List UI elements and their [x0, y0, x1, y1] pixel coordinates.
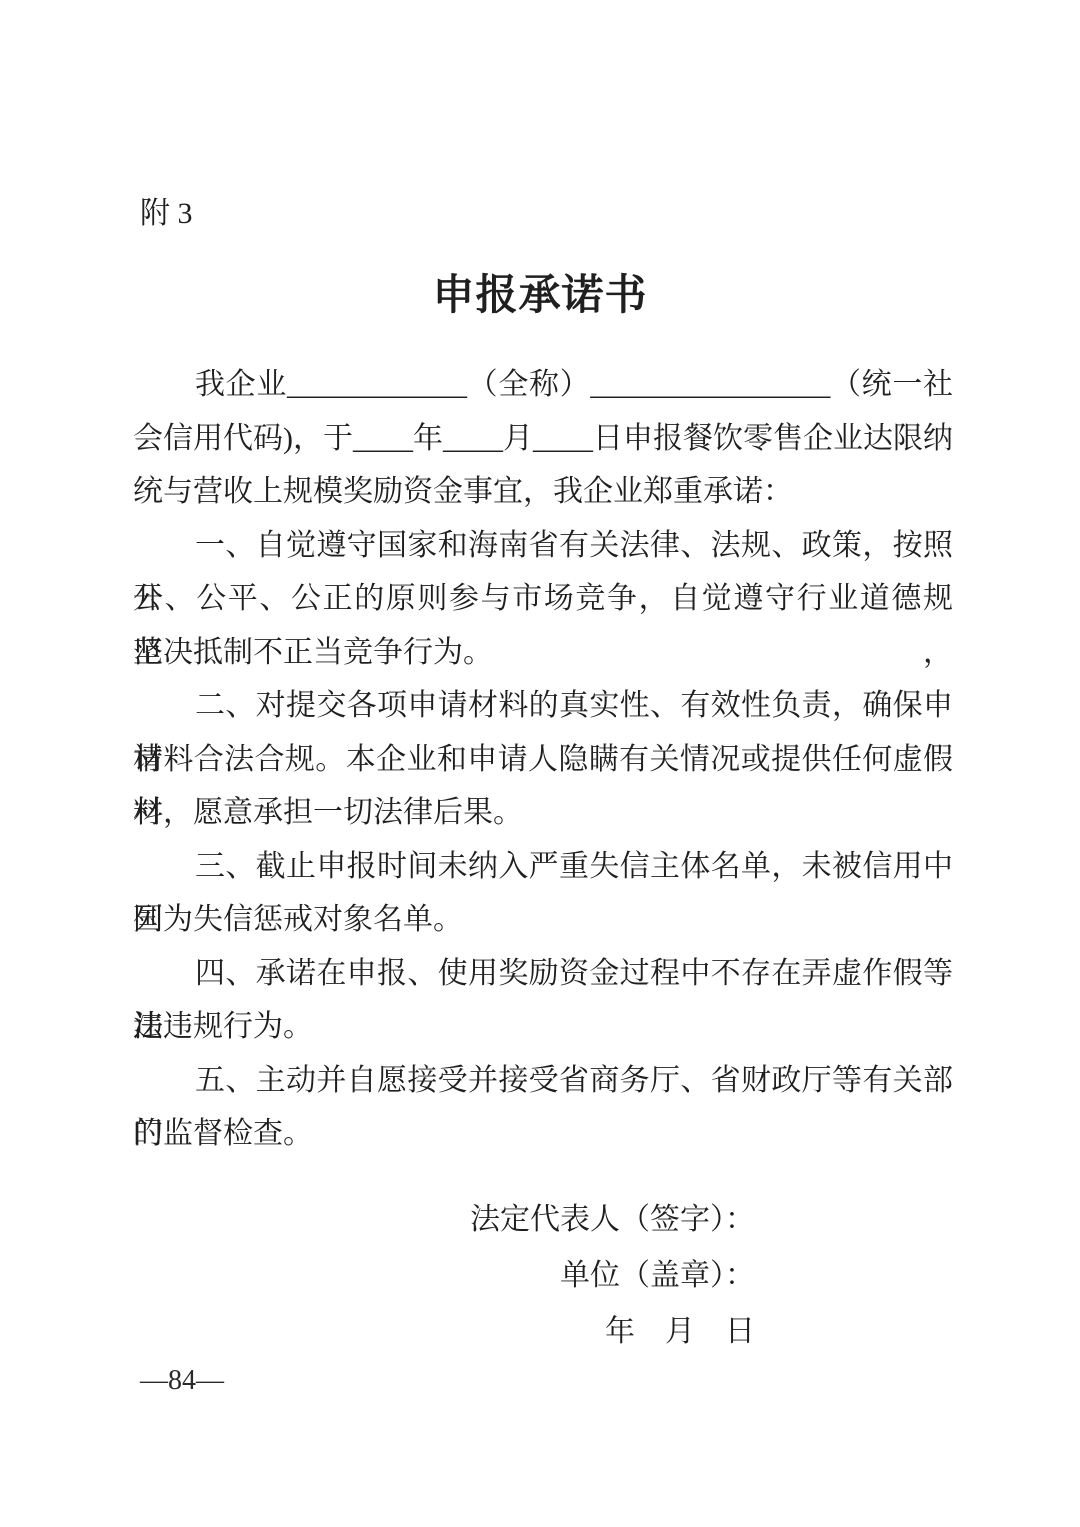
document-body: 我企业____________（全称）________________（统一社会… [133, 358, 953, 1161]
body-line: 会信用代码)，于____年____月____日申报餐饮零售企业达限纳 [133, 412, 953, 466]
body-line: 一、自觉遵守国家和海南省有关法律、法规、政策，按照公 [133, 519, 953, 573]
body-line: 法违规行为。 [133, 1000, 953, 1054]
body-line: 三、截止申报时间未纳入严重失信主体名单，未被信用中国 [133, 840, 953, 894]
body-line: 列为失信惩戒对象名单。 [133, 893, 953, 947]
body-line: 统与营收上规模奖励资金事宜，我企业郑重承诺： [133, 465, 953, 519]
document-page: 附 3 申报承诺书 我企业____________（全称）___________… [0, 0, 1080, 1527]
signature-line: 单位（盖章）： [133, 1248, 953, 1304]
body-line: 开、公平、公正的原则参与市场竞争，自觉遵守行业道德规范， [133, 572, 953, 626]
body-line: 四、承诺在申报、使用奖励资金过程中不存在弄虚作假等违 [133, 947, 953, 1001]
signature-block: 法定代表人（签字）：单位（盖章）：年 月 日 [133, 1192, 953, 1360]
body-line: 材料合法合规。本企业和申请人隐瞒有关情况或提供任何虚假材 [133, 733, 953, 787]
body-line: 五、主动并自愿接受并接受省商务厅、省财政厅等有关部门 [133, 1054, 953, 1108]
body-line: 我企业____________（全称）________________（统一社 [133, 358, 953, 412]
signature-line: 法定代表人（签字）： [133, 1192, 953, 1248]
body-line: 二、对提交各项申请材料的真实性、有效性负责，确保申请 [133, 679, 953, 733]
page-number: —84— [140, 1364, 224, 1398]
body-line: 的监督检查。 [133, 1107, 953, 1161]
signature-line: 年 月 日 [133, 1304, 953, 1360]
document-title: 申报承诺书 [0, 266, 1080, 324]
attachment-label: 附 3 [140, 196, 193, 232]
body-line: 料，愿意承担一切法律后果。 [133, 786, 953, 840]
